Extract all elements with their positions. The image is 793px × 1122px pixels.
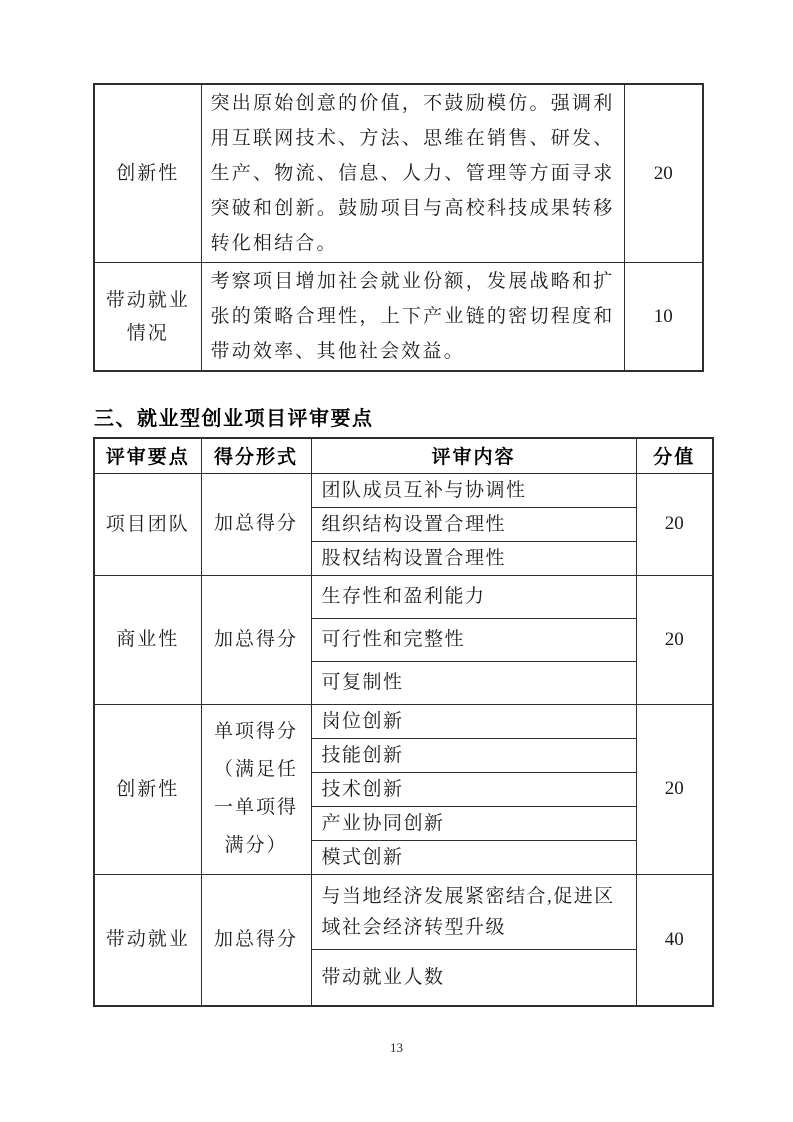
- criterion-team: 项目团队: [94, 473, 201, 575]
- header-points: 分值: [636, 438, 713, 473]
- page-number: 13: [0, 1040, 793, 1056]
- criterion-commercial: 商业性: [94, 575, 201, 704]
- criteria-item: 岗位创新: [311, 704, 636, 738]
- header-score-form: 得分形式: [201, 438, 311, 473]
- criterion-employment: 带动就业: [94, 874, 201, 1006]
- score-form: 单项得分（满足任一单项得满分）: [201, 704, 311, 874]
- score-value: 40: [636, 874, 713, 1006]
- criteria-item: 模式创新: [311, 840, 636, 874]
- criterion-employment: 带动就业情况: [94, 263, 201, 372]
- table-row: 带动就业情况 考察项目增加社会就业份额，发展战略和扩张的策略合理性，上下产业链的…: [94, 263, 703, 372]
- table-row: 创新性 单项得分（满足任一单项得满分） 岗位创新 20: [94, 704, 713, 738]
- employment-criteria-table: 评审要点 得分形式 评审内容 分值 项目团队 加总得分 团队成员互补与协调性 2…: [93, 437, 714, 1007]
- score-form: 加总得分: [201, 874, 311, 1006]
- criteria-item: 生存性和盈利能力: [311, 575, 636, 618]
- score-value: 10: [624, 263, 703, 372]
- score-form: 加总得分: [201, 473, 311, 575]
- section-heading: 三、就业型创业项目评审要点: [94, 402, 374, 431]
- table-header-row: 评审要点 得分形式 评审内容 分值: [94, 438, 713, 473]
- table-row: 创新性 突出原始创意的价值，不鼓励模仿。强调利用互联网技术、方法、思维在销售、研…: [94, 84, 703, 263]
- table-row: 项目团队 加总得分 团队成员互补与协调性 20: [94, 473, 713, 507]
- score-value: 20: [636, 473, 713, 575]
- criterion-innovation: 创新性: [94, 84, 201, 263]
- criteria-item: 技术创新: [311, 772, 636, 806]
- score-value: 20: [624, 84, 703, 263]
- criteria-item: 可行性和完整性: [311, 618, 636, 661]
- criteria-item: 带动就业人数: [311, 949, 636, 1006]
- criteria-item: 技能创新: [311, 738, 636, 772]
- criterion-description: 突出原始创意的价值，不鼓励模仿。强调利用互联网技术、方法、思维在销售、研发、生产…: [201, 84, 624, 263]
- criterion-innovation: 创新性: [94, 704, 201, 874]
- criteria-item: 团队成员互补与协调性: [311, 473, 636, 507]
- criteria-item: 组织结构设置合理性: [311, 507, 636, 541]
- header-criterion: 评审要点: [94, 438, 201, 473]
- header-content: 评审内容: [311, 438, 636, 473]
- table-row: 带动就业 加总得分 与当地经济发展紧密结合,促进区域社会经济转型升级 40: [94, 874, 713, 949]
- score-value: 20: [636, 575, 713, 704]
- criteria-item: 与当地经济发展紧密结合,促进区域社会经济转型升级: [311, 874, 636, 949]
- criterion-description: 考察项目增加社会就业份额，发展战略和扩张的策略合理性，上下产业链的密切程度和带动…: [201, 263, 624, 372]
- criteria-item: 产业协同创新: [311, 806, 636, 840]
- score-form: 加总得分: [201, 575, 311, 704]
- criteria-item: 股权结构设置合理性: [311, 541, 636, 575]
- table-row: 商业性 加总得分 生存性和盈利能力 20: [94, 575, 713, 618]
- criteria-item: 可复制性: [311, 661, 636, 704]
- scoring-table-continued: 创新性 突出原始创意的价值，不鼓励模仿。强调利用互联网技术、方法、思维在销售、研…: [93, 83, 704, 372]
- score-value: 20: [636, 704, 713, 874]
